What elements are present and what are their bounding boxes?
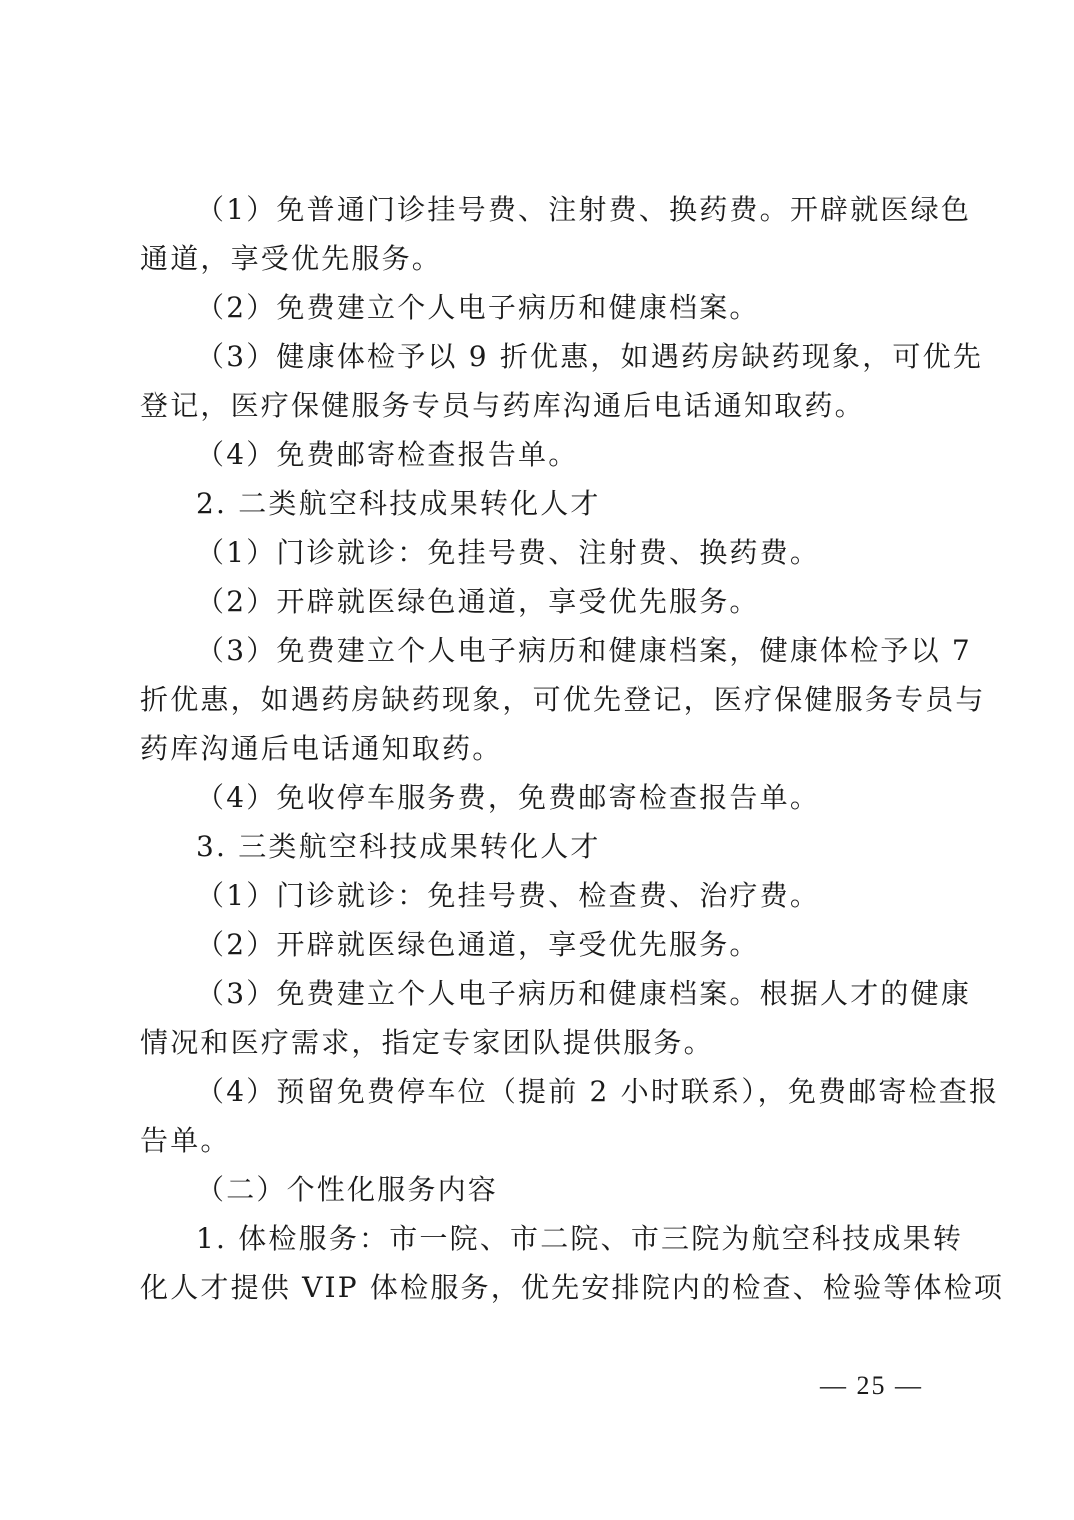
paragraph-line: （3）免费建立个人电子病历和健康档案。根据人才的健康	[196, 974, 936, 1014]
page-number: — 25 —	[820, 1368, 923, 1404]
paragraph-line: （3）健康体检予以 9 折优惠，如遇药房缺药现象，可优先	[196, 337, 936, 377]
section-heading: 2. 二类航空科技成果转化人才	[196, 484, 936, 524]
paragraph-line: 化人才提供 VIP 体检服务，优先安排院内的检查、检验等体检项	[140, 1268, 936, 1308]
paragraph-line: 登记，医疗保健服务专员与药库沟通后电话通知取药。	[140, 386, 936, 426]
paragraph-line: （2）免费建立个人电子病历和健康档案。	[196, 288, 936, 328]
section-heading: 3. 三类航空科技成果转化人才	[196, 827, 936, 867]
paragraph-line: （4）预留免费停车位（提前 2 小时联系），免费邮寄检查报	[196, 1072, 936, 1112]
paragraph-line: 告单。	[140, 1121, 936, 1161]
paragraph-line: 折优惠，如遇药房缺药现象，可优先登记，医疗保健服务专员与	[140, 680, 936, 720]
paragraph-line: 1. 体检服务：市一院、市二院、市三院为航空科技成果转	[196, 1219, 936, 1259]
paragraph-line: （3）免费建立个人电子病历和健康档案，健康体检予以 7	[196, 631, 936, 671]
paragraph-line: （4）免费邮寄检查报告单。	[196, 435, 936, 475]
paragraph-line: （2）开辟就医绿色通道，享受优先服务。	[196, 582, 936, 622]
paragraph-line: （2）开辟就医绿色通道，享受优先服务。	[196, 925, 936, 965]
paragraph-line: （1）门诊就诊：免挂号费、检查费、治疗费。	[196, 876, 936, 916]
paragraph-line: 通道，享受优先服务。	[140, 239, 936, 279]
paragraph-line: 药库沟通后电话通知取药。	[140, 729, 936, 769]
document-page: （1）免普通门诊挂号费、注射费、换药费。开辟就医绿色 通道，享受优先服务。 （2…	[0, 0, 1074, 1520]
paragraph-line: （1）免普通门诊挂号费、注射费、换药费。开辟就医绿色	[196, 190, 936, 230]
paragraph-line: （1）门诊就诊：免挂号费、注射费、换药费。	[196, 533, 936, 573]
section-heading: （二）个性化服务内容	[196, 1170, 936, 1210]
paragraph-line: （4）免收停车服务费，免费邮寄检查报告单。	[196, 778, 936, 818]
paragraph-line: 情况和医疗需求，指定专家团队提供服务。	[140, 1023, 936, 1063]
